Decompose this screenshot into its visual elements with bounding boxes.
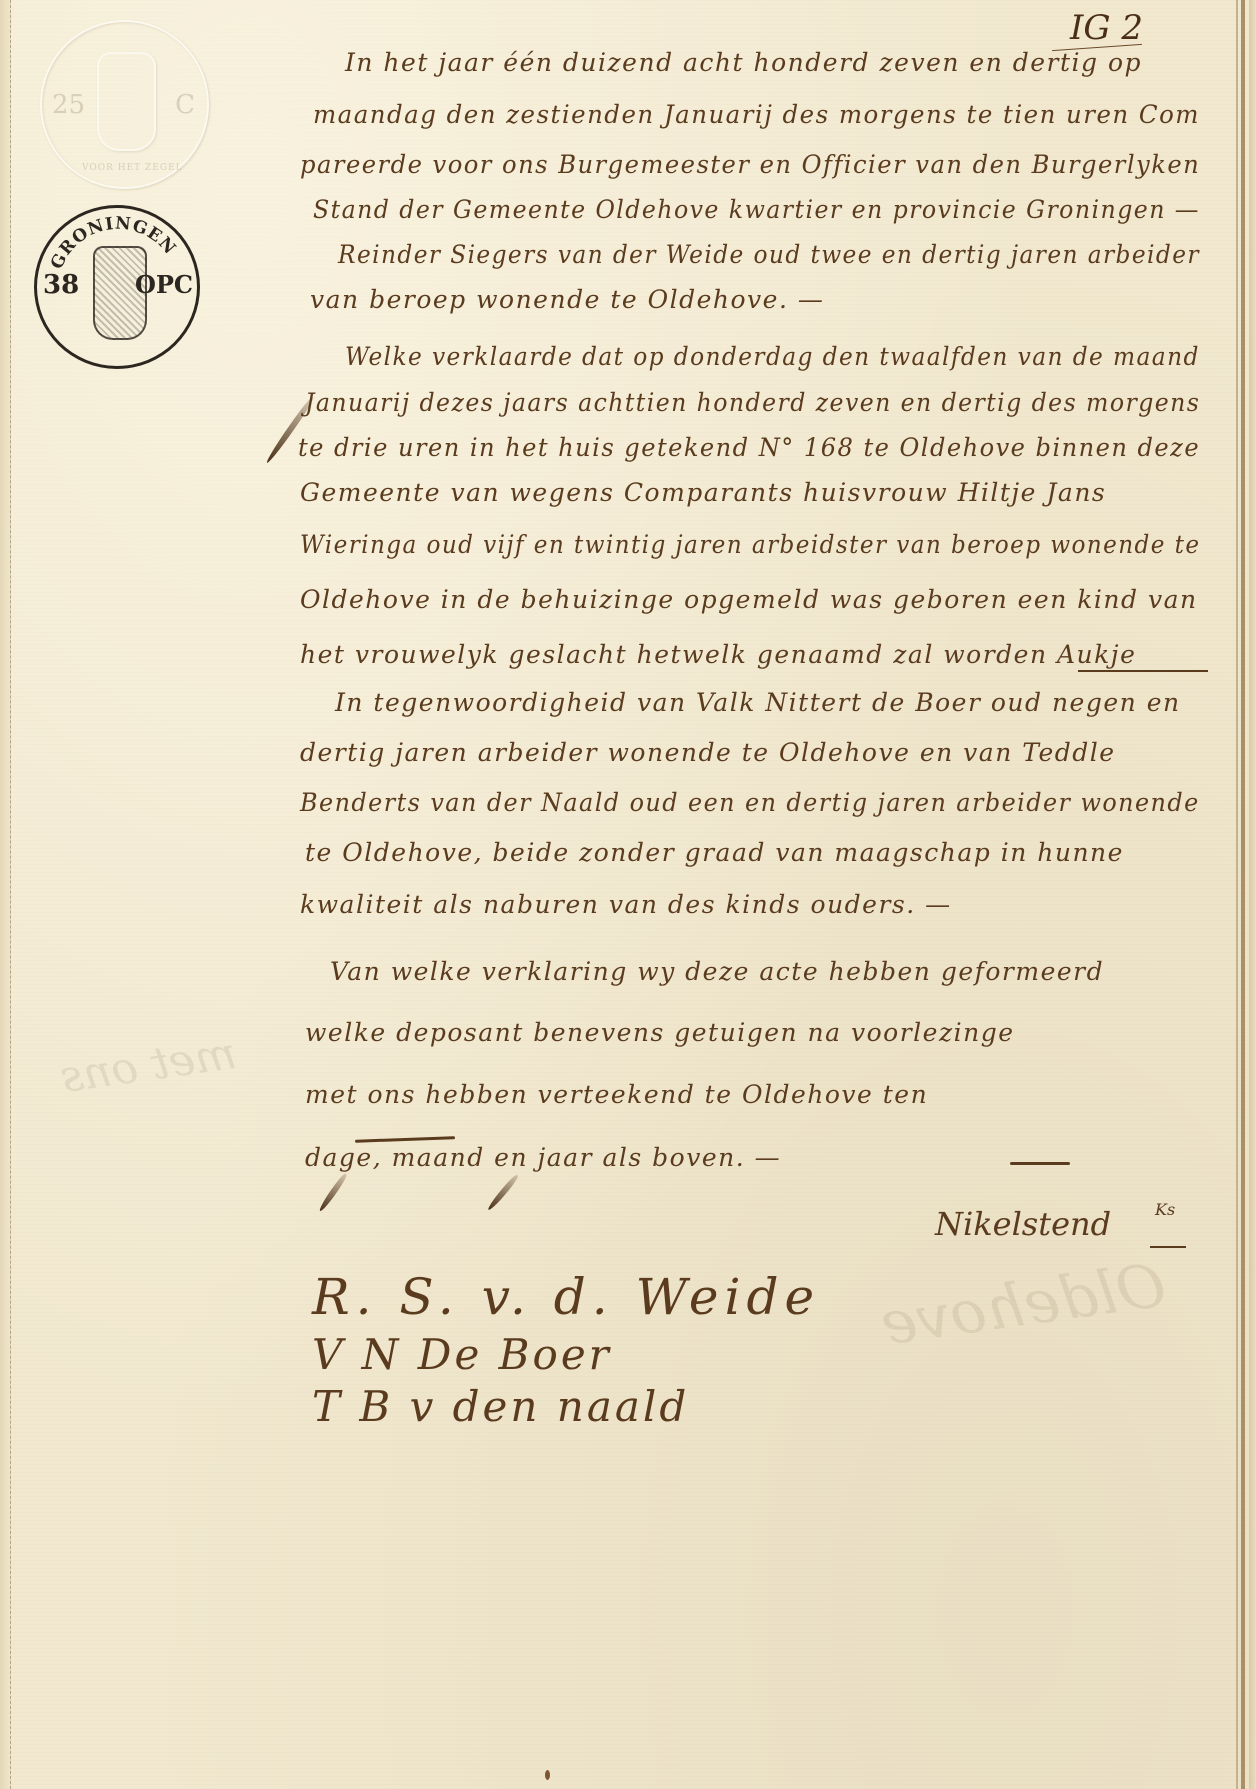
record-line: Oldehove in de behuizinge opgemeld was g…: [300, 585, 1198, 614]
stamp-value: 38: [43, 270, 79, 300]
record-line: pareerde voor ons Burgemeester en Offici…: [300, 150, 1200, 179]
crown-crest-icon: [97, 52, 156, 151]
record-line: Januarij dezes jaars achttien honderd ze…: [305, 388, 1200, 417]
child-name-underline: [1078, 670, 1208, 672]
record-line: het vrouwelyk geslacht hetwelk genaamd z…: [300, 640, 1136, 669]
record-line: met ons hebben verteekend te Oldehove te…: [305, 1080, 928, 1109]
line-end-dash: [1010, 1162, 1070, 1165]
binding-line: [1236, 0, 1238, 1789]
signature-underline: [1150, 1246, 1186, 1248]
witness-signature: V N De Boer: [312, 1330, 612, 1379]
embossed-revenue-seal: 25 C VOOR HET ZEGEL: [40, 20, 209, 189]
stamp-unit: OPC: [135, 270, 193, 299]
record-line: Stand der Gemeente Oldehove kwartier en …: [313, 195, 1200, 224]
seal-unit: C: [175, 90, 195, 120]
binding-line: [1241, 0, 1245, 1789]
record-line: te drie uren in het huis getekend N° 168…: [298, 433, 1200, 462]
record-line: maandag den zestienden Januarij des morg…: [313, 100, 1200, 129]
record-line: Reinder Siegers van der Weide oud twee e…: [338, 240, 1200, 269]
record-line: Wieringa oud vijf en twintig jaren arbei…: [300, 530, 1200, 559]
official-signature-suffix: Ks: [1155, 1200, 1175, 1219]
record-line: Van welke verklaring wy deze acte hebben…: [330, 957, 1104, 986]
groningen-tax-stamp: GRONINGEN 38 OPC: [34, 205, 200, 369]
seal-legend: VOOR HET ZEGEL: [82, 163, 183, 173]
bleed-through-ink: met ons: [57, 1028, 239, 1103]
record-line: van beroep wonende te Oldehove. —: [310, 285, 824, 314]
seal-value: 25: [52, 90, 85, 120]
witness-signature: T B v den naald: [312, 1382, 689, 1431]
record-line: Benderts van der Naald oud een en dertig…: [300, 788, 1200, 817]
pen-flourish: [318, 1172, 349, 1212]
record-line: dage, maand en jaar als boven. —: [305, 1143, 781, 1172]
pen-flourish: [486, 1173, 520, 1211]
record-line: In het jaar één duizend acht honderd zev…: [345, 48, 1142, 77]
folio-number: IG 2: [1070, 8, 1143, 48]
record-line: Welke verklaarde dat op donderdag den tw…: [345, 342, 1200, 371]
bleed-through-ink: Oldehove: [877, 1250, 1170, 1359]
record-line: kwaliteit als naburen van des kinds oude…: [300, 890, 952, 919]
record-line: welke deposant benevens getuigen na voor…: [305, 1018, 1015, 1047]
record-line: Gemeente van wegens Comparants huisvrouw…: [300, 478, 1106, 507]
document-page: Oldehove met ons 25 C VOOR HET ZEGEL GRO…: [0, 0, 1256, 1789]
binding-edge: [1249, 0, 1256, 1789]
record-line: In tegenwoordigheid van Valk Nittert de …: [335, 688, 1181, 717]
pen-flourish: [355, 1136, 455, 1142]
torn-left-edge: [0, 0, 11, 1789]
declarant-signature: R. S. v. d. Weide: [312, 1268, 820, 1326]
record-line: dertig jaren arbeider wonende te Oldehov…: [300, 738, 1116, 767]
official-signature: Nikelstend: [935, 1205, 1111, 1243]
ink-spot: [545, 1770, 550, 1780]
record-line: te Oldehove, beide zonder graad van maag…: [305, 838, 1124, 867]
